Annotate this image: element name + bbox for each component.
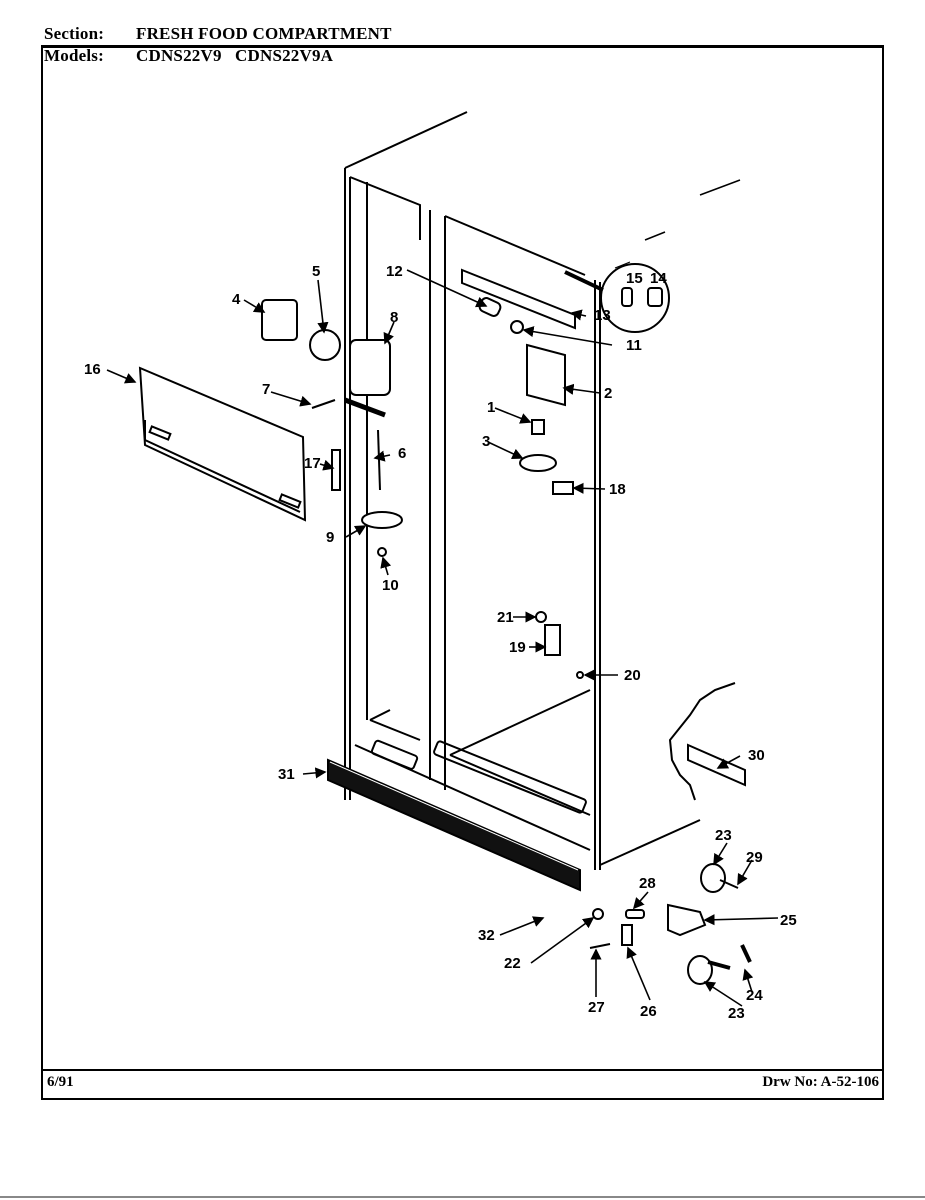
callout-13: 13: [594, 307, 611, 324]
callout-3: 3: [482, 433, 490, 450]
callout-15: 15: [626, 270, 643, 287]
leader-lines: [107, 270, 778, 1006]
callout-6: 6: [398, 445, 406, 462]
part-2-shape: [527, 345, 565, 405]
callout-21: 21: [497, 609, 514, 626]
grille-part-31: [328, 760, 580, 890]
part-8-shape: [350, 340, 390, 395]
part-17-shape: [332, 450, 340, 490]
callout-8: 8: [390, 309, 398, 326]
callout-29: 29: [746, 849, 763, 866]
part-3-shape: [520, 455, 556, 471]
part-1-shape: [532, 420, 544, 434]
part-9-shape: [362, 512, 402, 528]
part-10-shape: [378, 548, 386, 556]
callout-18: 18: [609, 481, 626, 498]
part-26-shape: [622, 925, 632, 945]
callout-4: 4: [232, 291, 241, 308]
callout-32: 32: [478, 927, 495, 944]
callout-19: 19: [509, 639, 526, 656]
part-23b-shape: [688, 956, 712, 984]
callout-30: 30: [748, 747, 765, 764]
part-4-shape: [262, 300, 297, 340]
callout-25: 25: [780, 912, 797, 929]
callout-labels: 4 5 8 7 16 17 6 9 10 12 11 13 15 14 2 1 …: [84, 263, 797, 1022]
part-20-shape: [577, 672, 583, 678]
callout-23b: 23: [728, 1005, 745, 1022]
callout-28: 28: [639, 875, 656, 892]
part-7-shape: [312, 400, 335, 408]
part-23a-shape: [701, 864, 725, 892]
callout-5: 5: [312, 263, 320, 280]
part-12-shape: [478, 296, 502, 317]
part-11-shape: [511, 321, 523, 333]
callout-24: 24: [746, 987, 763, 1004]
refrigerator-cabinet: [345, 112, 740, 870]
part-21-shape: [536, 612, 546, 622]
part-28-shape: [626, 910, 644, 918]
callout-22: 22: [504, 955, 521, 972]
part-15-shape: [622, 288, 632, 306]
part-18-shape: [553, 482, 573, 494]
part-19-shape: [545, 625, 560, 655]
exploded-parts-diagram: 4 5 8 7 16 17 6 9 10 12 11 13 15 14 2 1 …: [0, 0, 925, 1200]
callout-14: 14: [650, 270, 667, 287]
callout-20: 20: [624, 667, 641, 684]
part-25-shape: [668, 905, 705, 935]
callout-9: 9: [326, 529, 334, 546]
callout-17: 17: [304, 455, 321, 472]
part-5-shape: [310, 330, 340, 360]
part-30-shape: [688, 745, 745, 785]
part-16-cover: [140, 368, 305, 520]
callout-11: 11: [626, 337, 642, 354]
callout-10: 10: [382, 577, 399, 594]
part-14-shape: [648, 288, 662, 306]
callout-31: 31: [278, 766, 295, 783]
callout-23a: 23: [715, 827, 732, 844]
callout-27: 27: [588, 999, 605, 1016]
callout-12: 12: [386, 263, 403, 280]
callout-16: 16: [84, 361, 101, 378]
part-22-shape: [593, 909, 603, 919]
part-13-shape: [462, 270, 575, 328]
callout-1: 1: [487, 399, 495, 416]
callout-2: 2: [604, 385, 612, 402]
callout-26: 26: [640, 1003, 657, 1020]
callout-7: 7: [262, 381, 270, 398]
